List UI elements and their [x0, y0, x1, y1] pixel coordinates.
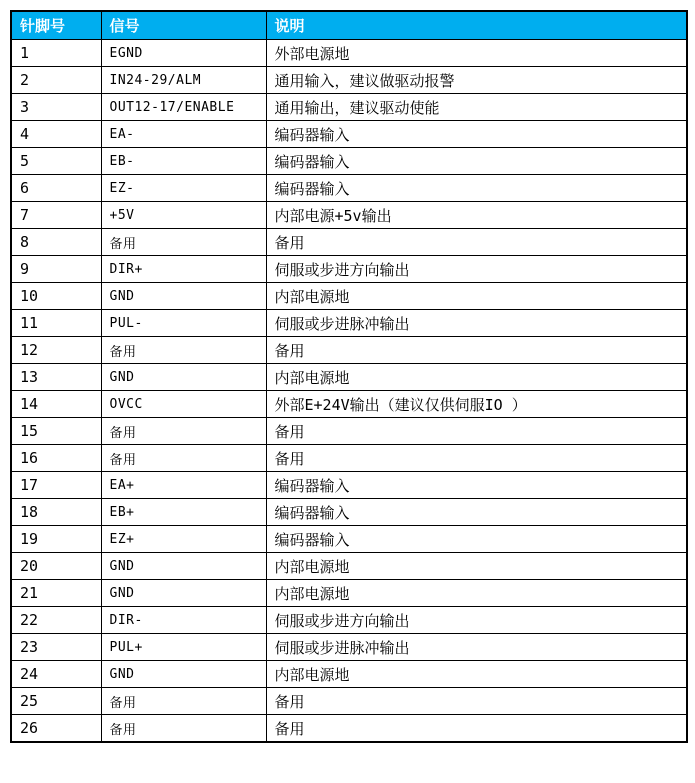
signal-cell: GND	[101, 580, 266, 607]
pin-definition-table-container: 针脚号 信号 说明 1 EGND 外部电源地 2 IN24-29/ALM 通用输…	[10, 10, 686, 743]
description-cell: 内部电源地	[266, 364, 687, 391]
pin-number-cell: 3	[11, 94, 101, 121]
signal-cell: IN24-29/ALM	[101, 67, 266, 94]
signal-cell: OUT12-17/ENABLE	[101, 94, 266, 121]
description-cell: 通用输出，建议驱动使能	[266, 94, 687, 121]
pin-number-cell: 24	[11, 661, 101, 688]
description-cell: 编码器输入	[266, 175, 687, 202]
description-cell: 备用	[266, 337, 687, 364]
description-cell: 备用	[266, 445, 687, 472]
table-row: 17 EA+ 编码器输入	[11, 472, 687, 499]
pin-number-cell: 12	[11, 337, 101, 364]
description-cell: 伺服或步进方向输出	[266, 607, 687, 634]
signal-cell: EZ-	[101, 175, 266, 202]
description-cell: 编码器输入	[266, 472, 687, 499]
col-header-pin-number: 针脚号	[11, 11, 101, 40]
pin-number-cell: 14	[11, 391, 101, 418]
description-cell: 内部电源+5v输出	[266, 202, 687, 229]
table-row: 4 EA- 编码器输入	[11, 121, 687, 148]
table-row: 9 DIR+ 伺服或步进方向输出	[11, 256, 687, 283]
description-cell: 外部电源地	[266, 40, 687, 67]
signal-cell: DIR-	[101, 607, 266, 634]
pin-number-cell: 19	[11, 526, 101, 553]
pin-number-cell: 7	[11, 202, 101, 229]
description-cell: 内部电源地	[266, 661, 687, 688]
description-cell: 内部电源地	[266, 553, 687, 580]
signal-cell: 备用	[101, 445, 266, 472]
signal-cell: GND	[101, 553, 266, 580]
description-cell: 伺服或步进方向输出	[266, 256, 687, 283]
table-row: 26 备用 备用	[11, 715, 687, 743]
pin-number-cell: 17	[11, 472, 101, 499]
signal-cell: GND	[101, 661, 266, 688]
description-cell: 备用	[266, 688, 687, 715]
description-cell: 编码器输入	[266, 499, 687, 526]
col-header-description: 说明	[266, 11, 687, 40]
signal-cell: +5V	[101, 202, 266, 229]
description-cell: 备用	[266, 715, 687, 743]
pin-number-cell: 23	[11, 634, 101, 661]
table-row: 25 备用 备用	[11, 688, 687, 715]
table-row: 13 GND 内部电源地	[11, 364, 687, 391]
description-cell: 备用	[266, 229, 687, 256]
pin-number-cell: 15	[11, 418, 101, 445]
pin-number-cell: 21	[11, 580, 101, 607]
pin-number-cell: 13	[11, 364, 101, 391]
table-row: 19 EZ+ 编码器输入	[11, 526, 687, 553]
description-cell: 编码器输入	[266, 526, 687, 553]
table-row: 7 +5V 内部电源+5v输出	[11, 202, 687, 229]
table-row: 12 备用 备用	[11, 337, 687, 364]
signal-cell: 备用	[101, 418, 266, 445]
header-row: 针脚号 信号 说明	[11, 11, 687, 40]
description-cell: 内部电源地	[266, 580, 687, 607]
table-body: 1 EGND 外部电源地 2 IN24-29/ALM 通用输入，建议做驱动报警 …	[11, 40, 687, 743]
signal-cell: PUL+	[101, 634, 266, 661]
description-cell: 通用输入，建议做驱动报警	[266, 67, 687, 94]
signal-cell: GND	[101, 364, 266, 391]
signal-cell: EZ+	[101, 526, 266, 553]
pin-number-cell: 26	[11, 715, 101, 743]
signal-cell: GND	[101, 283, 266, 310]
signal-cell: PUL-	[101, 310, 266, 337]
description-cell: 编码器输入	[266, 121, 687, 148]
signal-cell: 备用	[101, 337, 266, 364]
signal-cell: 备用	[101, 715, 266, 743]
pin-number-cell: 5	[11, 148, 101, 175]
signal-cell: EA-	[101, 121, 266, 148]
pin-number-cell: 6	[11, 175, 101, 202]
pin-number-cell: 4	[11, 121, 101, 148]
signal-cell: 备用	[101, 688, 266, 715]
pin-number-cell: 8	[11, 229, 101, 256]
description-cell: 编码器输入	[266, 148, 687, 175]
table-row: 23 PUL+ 伺服或步进脉冲输出	[11, 634, 687, 661]
signal-cell: OVCC	[101, 391, 266, 418]
pin-number-cell: 10	[11, 283, 101, 310]
table-row: 8 备用 备用	[11, 229, 687, 256]
description-cell: 伺服或步进脉冲输出	[266, 310, 687, 337]
table-row: 20 GND 内部电源地	[11, 553, 687, 580]
description-cell: 外部E+24V输出（建议仅供伺服IO ）	[266, 391, 687, 418]
table-row: 2 IN24-29/ALM 通用输入，建议做驱动报警	[11, 67, 687, 94]
table-row: 21 GND 内部电源地	[11, 580, 687, 607]
pin-number-cell: 9	[11, 256, 101, 283]
pin-definition-table: 针脚号 信号 说明 1 EGND 外部电源地 2 IN24-29/ALM 通用输…	[10, 10, 688, 743]
table-row: 11 PUL- 伺服或步进脉冲输出	[11, 310, 687, 337]
description-cell: 备用	[266, 418, 687, 445]
pin-number-cell: 18	[11, 499, 101, 526]
pin-number-cell: 22	[11, 607, 101, 634]
signal-cell: EGND	[101, 40, 266, 67]
signal-cell: DIR+	[101, 256, 266, 283]
table-row: 16 备用 备用	[11, 445, 687, 472]
table-row: 3 OUT12-17/ENABLE 通用输出，建议驱动使能	[11, 94, 687, 121]
table-row: 6 EZ- 编码器输入	[11, 175, 687, 202]
table-row: 14 OVCC 外部E+24V输出（建议仅供伺服IO ）	[11, 391, 687, 418]
pin-number-cell: 1	[11, 40, 101, 67]
table-row: 22 DIR- 伺服或步进方向输出	[11, 607, 687, 634]
pin-number-cell: 11	[11, 310, 101, 337]
table-row: 1 EGND 外部电源地	[11, 40, 687, 67]
description-cell: 伺服或步进脉冲输出	[266, 634, 687, 661]
description-cell: 内部电源地	[266, 283, 687, 310]
pin-number-cell: 2	[11, 67, 101, 94]
table-row: 18 EB+ 编码器输入	[11, 499, 687, 526]
table-row: 5 EB- 编码器输入	[11, 148, 687, 175]
table-row: 24 GND 内部电源地	[11, 661, 687, 688]
col-header-signal: 信号	[101, 11, 266, 40]
table-row: 10 GND 内部电源地	[11, 283, 687, 310]
table-header: 针脚号 信号 说明	[11, 11, 687, 40]
pin-number-cell: 25	[11, 688, 101, 715]
pin-number-cell: 16	[11, 445, 101, 472]
signal-cell: EA+	[101, 472, 266, 499]
signal-cell: EB-	[101, 148, 266, 175]
pin-number-cell: 20	[11, 553, 101, 580]
signal-cell: 备用	[101, 229, 266, 256]
signal-cell: EB+	[101, 499, 266, 526]
table-row: 15 备用 备用	[11, 418, 687, 445]
